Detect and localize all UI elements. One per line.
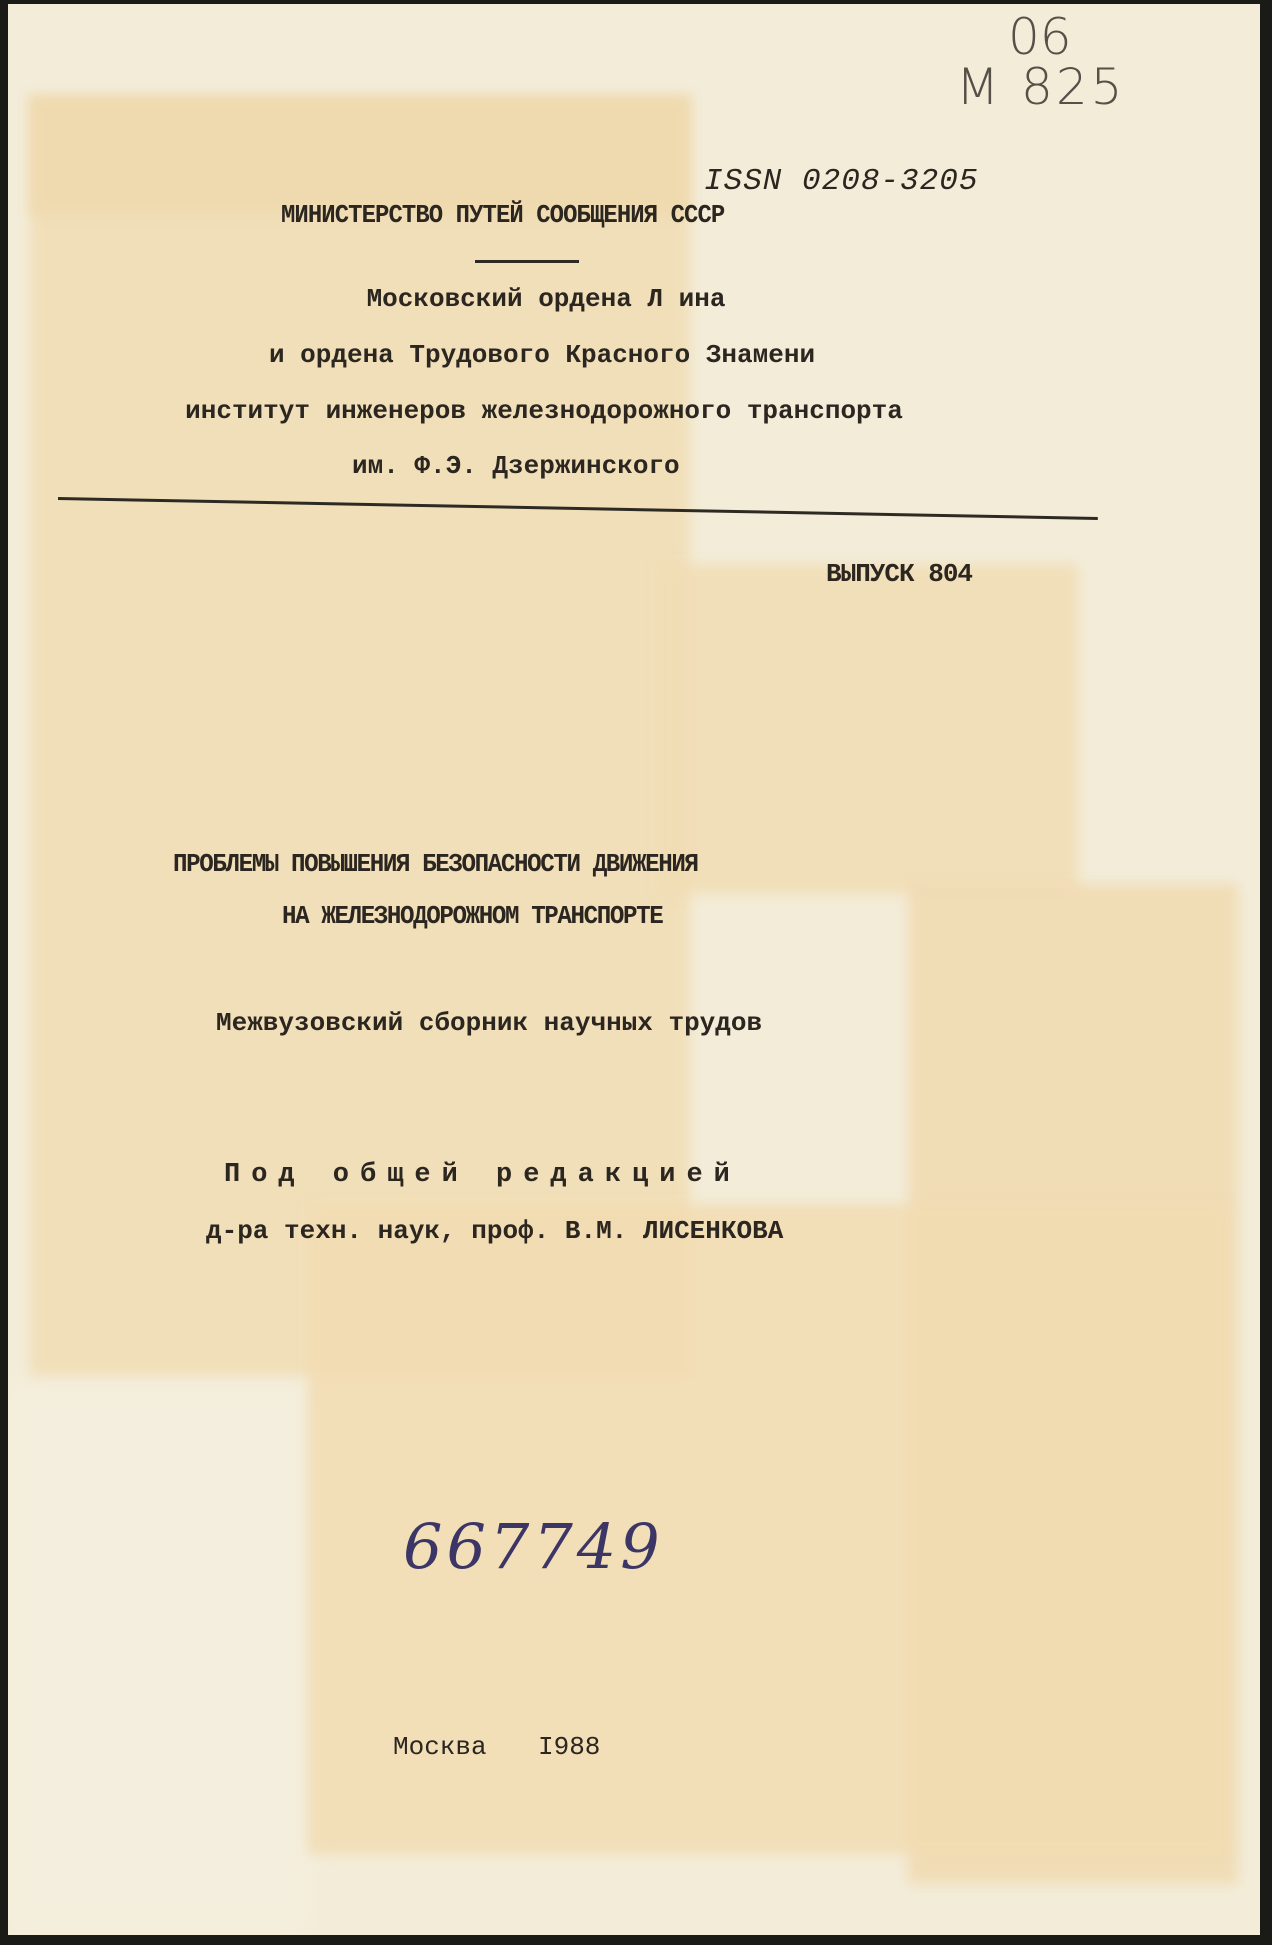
subtitle: Межвузовский сборник научных трудов xyxy=(216,1008,762,1038)
title-line-2: НА ЖЕЛЕЗНОДОРОЖНОМ ТРАНСПОРТЕ xyxy=(282,901,662,931)
paper-stain xyxy=(658,564,1078,894)
institute-line-4: им. Ф.Э. Дзержинского xyxy=(352,451,680,481)
title-line-1: ПРОБЛЕМЫ ПОВЫШЕНИЯ БЕЗОПАСНОСТИ ДВИЖЕНИЯ xyxy=(173,849,698,879)
imprint-city: Москва xyxy=(393,1732,487,1762)
paper-light-area xyxy=(8,1384,308,1934)
short-divider xyxy=(475,260,579,263)
issue-number: ВЫПУСК 804 xyxy=(826,559,972,589)
issn: ISSN 0208-3205 xyxy=(704,164,978,199)
handwritten-call-number-line2: M 825 xyxy=(956,58,1125,116)
ministry-heading: МИНИСТЕРСТВО ПУТЕЙ СООБЩЕНИЯ СССР xyxy=(281,200,724,230)
editor-name: д-ра техн. наук, проф. В.М. ЛИСЕНКОВА xyxy=(206,1216,783,1246)
handwritten-inventory-number: 667749 xyxy=(403,1510,664,1583)
institute-line-3: институт инженеров железнодорожного тран… xyxy=(185,396,903,426)
document-page: 06 M 825 ISSN 0208-3205 МИНИСТЕРСТВО ПУТ… xyxy=(8,4,1260,1935)
editor-label: Под общей редакцией xyxy=(224,1160,741,1190)
imprint-year: I988 xyxy=(538,1732,600,1762)
paper-stain xyxy=(30,96,690,216)
institute-line-1: Московский ордена Л ина xyxy=(367,284,726,314)
institute-line-2: и ордена Трудового Красного Знамени xyxy=(269,340,815,370)
